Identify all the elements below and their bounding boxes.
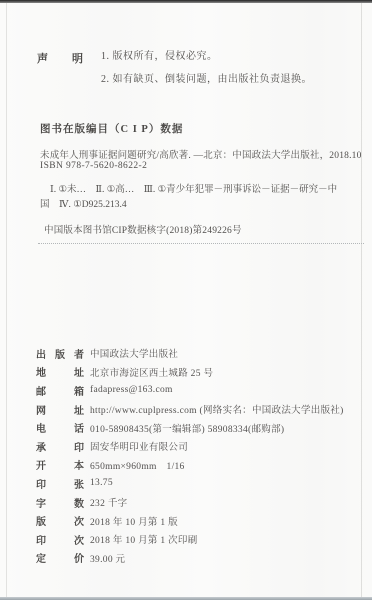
table-row: 网址 http://www.cuplpress.com (网络实名：中国政法大学… [36,400,344,419]
colophon-label: 印张 [36,476,84,491]
colophon-label: 网址 [36,402,84,417]
declaration-block: 声 明 1. 版权所有，侵权必究。 2. 如有缺页、倒装问题，由出版社负责退换。 [37,50,312,96]
table-row: 开本 650mm×960mm 1/16 [36,456,344,475]
book-copyright-page: 声 明 1. 版权所有，侵权必究。 2. 如有缺页、倒装问题，由出版社负责退换。… [0,0,372,600]
colophon-value: 010-58908435(第一编辑部) 58908334(邮购部) [90,421,284,435]
colophon-value: 650mm×960mm 1/16 [90,458,185,472]
cip-classification: Ⅰ. ①未… Ⅱ. ①高… Ⅲ. ①青少年犯罪－刑事诉讼－证据－研究－中 国 Ⅳ… [40,183,337,212]
cip-classification-line: 国 Ⅳ. ①D925.213.4 [40,198,337,213]
table-row: 印次 2018 年 10 月第 1 次印刷 [36,530,344,549]
colophon-label: 邮箱 [36,383,84,398]
colophon-label: 定价 [36,550,84,565]
table-row: 承印 固安华明印业有限公司 [36,437,344,456]
colophon-label: 地址 [36,364,84,379]
cip-isbn: ISBN 978-7-5620-8622-2 [40,161,147,171]
table-row: 印张 13.75 [36,474,344,493]
cip-description: 未成年人刑事证据问题研究/高欣著. —北京：中国政法大学出版社，2018.10 [40,147,362,161]
table-row: 版次 2018 年 10 月第 1 版 [36,511,344,530]
colophon-value: 13.75 [90,478,113,488]
table-row: 地址 北京市海淀区西土城路 25 号 [36,363,344,382]
colophon-label: 字数 [36,495,84,510]
colophon-label: 电话 [36,420,84,435]
table-row: 字数 232 千字 [36,493,344,512]
page-edge-left [6,3,7,597]
declaration-item: 2. 如有缺页、倒装问题，由出版社负责退换。 [101,73,312,87]
page-edge-top [0,0,372,3]
colophon-label: 印次 [36,532,84,547]
colophon-table: 出版者 中国政法大学出版社 地址 北京市海淀区西土城路 25 号 邮箱 fada… [36,344,344,567]
colophon-value: 中国政法大学出版社 [90,346,178,360]
colophon-value: http://www.cuplpress.com (网络实名：中国政法大学出版社… [90,402,344,416]
cip-classification-line: Ⅰ. ①未… Ⅱ. ①高… Ⅲ. ①青少年犯罪－刑事诉讼－证据－研究－中 [40,183,337,198]
declaration-items: 1. 版权所有，侵权必究。 2. 如有缺页、倒装问题，由出版社负责退换。 [101,50,312,96]
colophon-value: 北京市海淀区西土城路 25 号 [90,365,213,379]
cip-heading: 图书在版编目（C I P）数据 [40,121,183,136]
colophon-label: 开本 [36,457,84,472]
declaration-label: 声 明 [37,50,83,96]
table-row: 电话 010-58908435(第一编辑部) 58908334(邮购部) [36,418,344,437]
dotted-divider [38,243,364,244]
colophon-value: 232 千字 [90,495,127,509]
colophon-value: 固安华明印业有限公司 [90,439,188,453]
colophon-value: 39.00 元 [90,551,125,565]
declaration-item: 1. 版权所有，侵权必究。 [101,50,312,64]
colophon-label: 承印 [36,439,84,454]
colophon-label: 版次 [36,513,84,528]
table-row: 定价 39.00 元 [36,549,344,568]
cip-record-number: 中国版本图书馆CIP数据核字(2018)第249226号 [44,222,242,236]
table-row: 邮箱 fadapress@163.com [36,381,344,400]
colophon-value: 2018 年 10 月第 1 版 [90,514,178,528]
colophon-label: 出版者 [36,346,84,361]
page-edge-right [361,3,362,597]
colophon-value: 2018 年 10 月第 1 次印刷 [90,532,198,546]
table-row: 出版者 中国政法大学出版社 [36,344,344,363]
colophon-value: fadapress@163.com [90,385,173,395]
